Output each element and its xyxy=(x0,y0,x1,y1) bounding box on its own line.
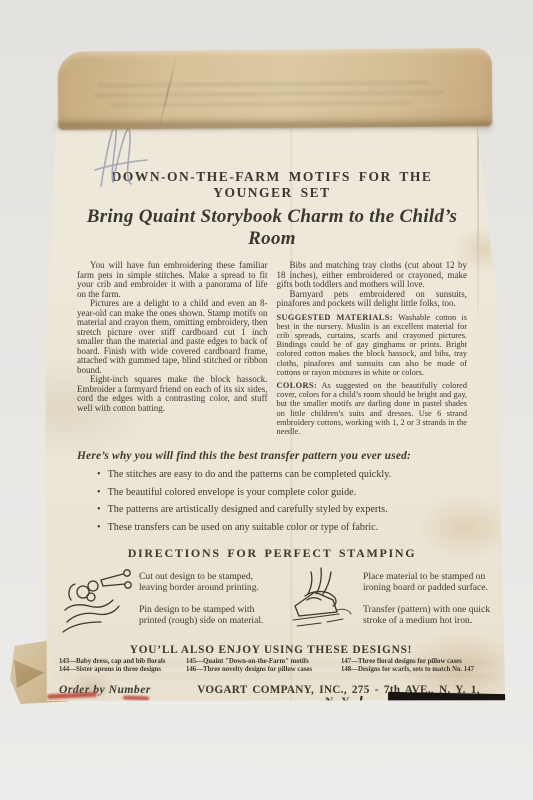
stamping-steps-left: Cut out design to be stamped, leaving bo… xyxy=(139,571,281,637)
designs-column-2: 145—Quaint "Down-on-the-Farm" motifs 146… xyxy=(186,658,332,675)
stamping-step: Place material to be stamped on ironing … xyxy=(363,571,499,593)
stamping-step: Pin design to be stamped with printed (r… xyxy=(139,604,281,626)
bullet-dot: • xyxy=(97,522,101,533)
paragraph: You will have fun embroidering these fam… xyxy=(77,261,268,299)
flap-crease-line xyxy=(158,55,177,127)
benefit-item: •The patterns are artistically designed … xyxy=(97,504,467,515)
bullet-dot: • xyxy=(97,469,101,480)
envelope-flap xyxy=(58,48,493,130)
design-item: 144—Sister aprons in three designs xyxy=(59,666,177,674)
design-item: 143—Baby dress, cap and bib florals xyxy=(59,658,177,666)
edge-dash-mark xyxy=(359,696,362,705)
flap-fold-shadow xyxy=(56,122,492,133)
bullet-dot: • xyxy=(97,504,101,515)
iron-hand-icon xyxy=(281,566,357,638)
designs-list: 143—Baby dress, cap and bib florals 144—… xyxy=(59,658,483,675)
designs-column-1: 143—Baby dress, cap and bib florals 144—… xyxy=(59,658,177,675)
stamping-heading: DIRECTIONS FOR PERFECT STAMPING xyxy=(77,546,467,561)
paragraph: Barnyard pets embroidered on sunsuits, p… xyxy=(277,290,468,309)
made-in-label: MADE IN U.S.A. xyxy=(59,708,483,714)
show-through-text-line xyxy=(110,101,410,108)
intro-right-column: Bibs and matching tray cloths (cut about… xyxy=(277,261,468,436)
show-through-text-line xyxy=(94,91,444,98)
design-item: 147—Three floral designs for pillow case… xyxy=(341,658,481,666)
materials-paragraph: SUGGESTED MATERIALS: Washable cotton is … xyxy=(277,313,468,377)
stamping-row: Cut out design to be stamped, leaving bo… xyxy=(57,566,477,638)
benefits-list: •The stitches are easy to do and the pat… xyxy=(77,469,467,533)
show-through-text-line xyxy=(98,81,428,88)
design-item: 145—Quaint "Down-on-the-Farm" motifs xyxy=(186,658,332,666)
stamping-step: Cut out design to be stamped, leaving bo… xyxy=(139,571,281,593)
materials-label: SUGGESTED MATERIALS: xyxy=(277,313,393,322)
photo-background: DOWN-ON-THE-FARM MOTIFS FOR THE YOUNGER … xyxy=(0,0,533,800)
stamping-steps-right: Place material to be stamped on ironing … xyxy=(363,571,499,637)
design-item: 148—Designs for scarfs, sets to match No… xyxy=(341,666,481,674)
red-smudge xyxy=(123,696,149,701)
benefit-text: The beautiful colored envelope is your c… xyxy=(108,487,357,498)
materials-text: Washable cotton is best in the nursery. … xyxy=(277,313,468,377)
bullet-dot: • xyxy=(97,487,101,498)
designs-column-3: 147—Three floral designs for pillow case… xyxy=(341,658,481,675)
benefit-text: The stitches are easy to do and the patt… xyxy=(108,469,392,480)
benefit-text: The patterns are artistically designed a… xyxy=(108,504,388,515)
colors-text: As suggested on the beautifully colored … xyxy=(277,381,468,436)
intro-columns: You will have fun embroidering these fam… xyxy=(77,261,467,436)
colors-paragraph: COLORS: As suggested on the beautifully … xyxy=(277,381,468,436)
envelope-body: DOWN-ON-THE-FARM MOTIFS FOR THE YOUNGER … xyxy=(45,113,507,705)
design-item: 146—Three novelty designs for pillow cas… xyxy=(186,666,332,674)
benefit-item: •The stitches are easy to do and the pat… xyxy=(97,469,467,480)
paragraph: Eight-inch squares make the block hassoc… xyxy=(77,375,268,413)
side-seam-line xyxy=(477,127,479,317)
scissors-cutting-icon xyxy=(57,566,137,638)
designs-heading: YOU’LL ALSO ENJOY USING THESE DESIGNS! xyxy=(59,644,483,656)
paragraph: Pictures are a delight to a child and ev… xyxy=(77,299,268,375)
benefit-item: •The beautiful colored envelope is your … xyxy=(97,487,467,498)
stamping-step: Transfer (pattern) with one quick stroke… xyxy=(363,604,499,626)
pattern-subtitle: Bring Quaint Storybook Charm to the Chil… xyxy=(77,206,467,250)
black-edge-bar xyxy=(388,692,506,706)
paragraph: Bibs and matching tray cloths (cut about… xyxy=(277,261,468,290)
benefit-item: •These transfers can be used on any suit… xyxy=(97,522,467,533)
colors-label: COLORS: xyxy=(277,381,318,390)
print-area: DOWN-ON-THE-FARM MOTIFS FOR THE YOUNGER … xyxy=(77,169,467,714)
intro-left-column: You will have fun embroidering these fam… xyxy=(77,261,268,436)
benefit-text: These transfers can be used on any suita… xyxy=(108,522,379,533)
benefits-heading: Here’s why you will find this the best t… xyxy=(77,450,467,462)
